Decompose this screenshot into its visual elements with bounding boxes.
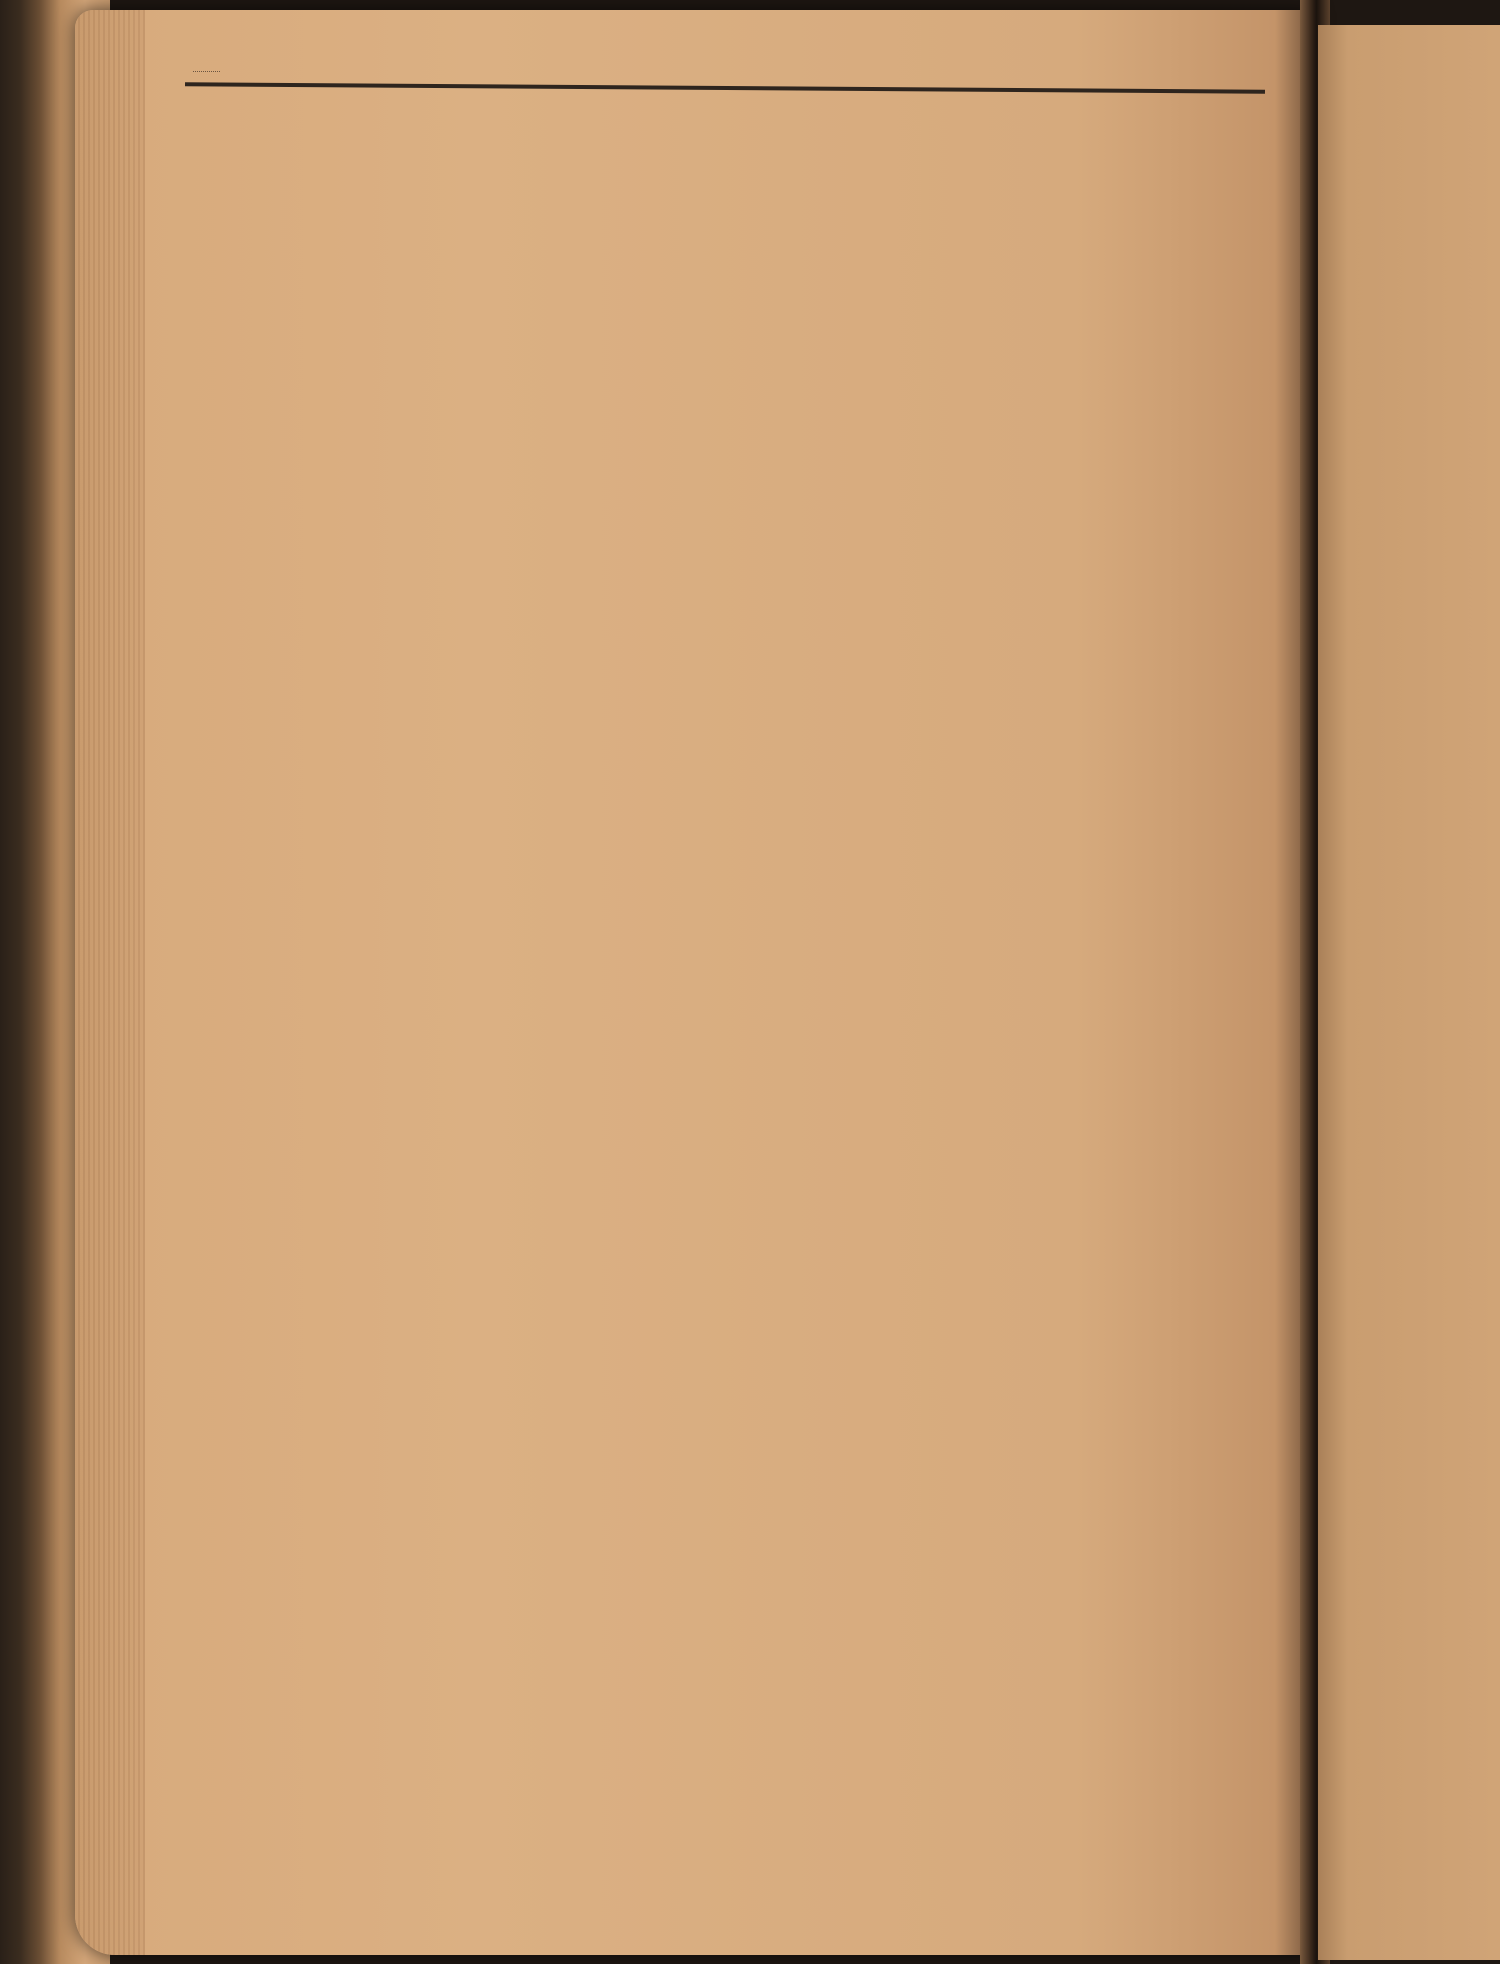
page-stack-edges (75, 10, 145, 1955)
right-page (1318, 25, 1500, 1960)
page-number-value (193, 38, 220, 72)
page-number-field (190, 38, 220, 71)
left-page (75, 10, 1315, 1955)
